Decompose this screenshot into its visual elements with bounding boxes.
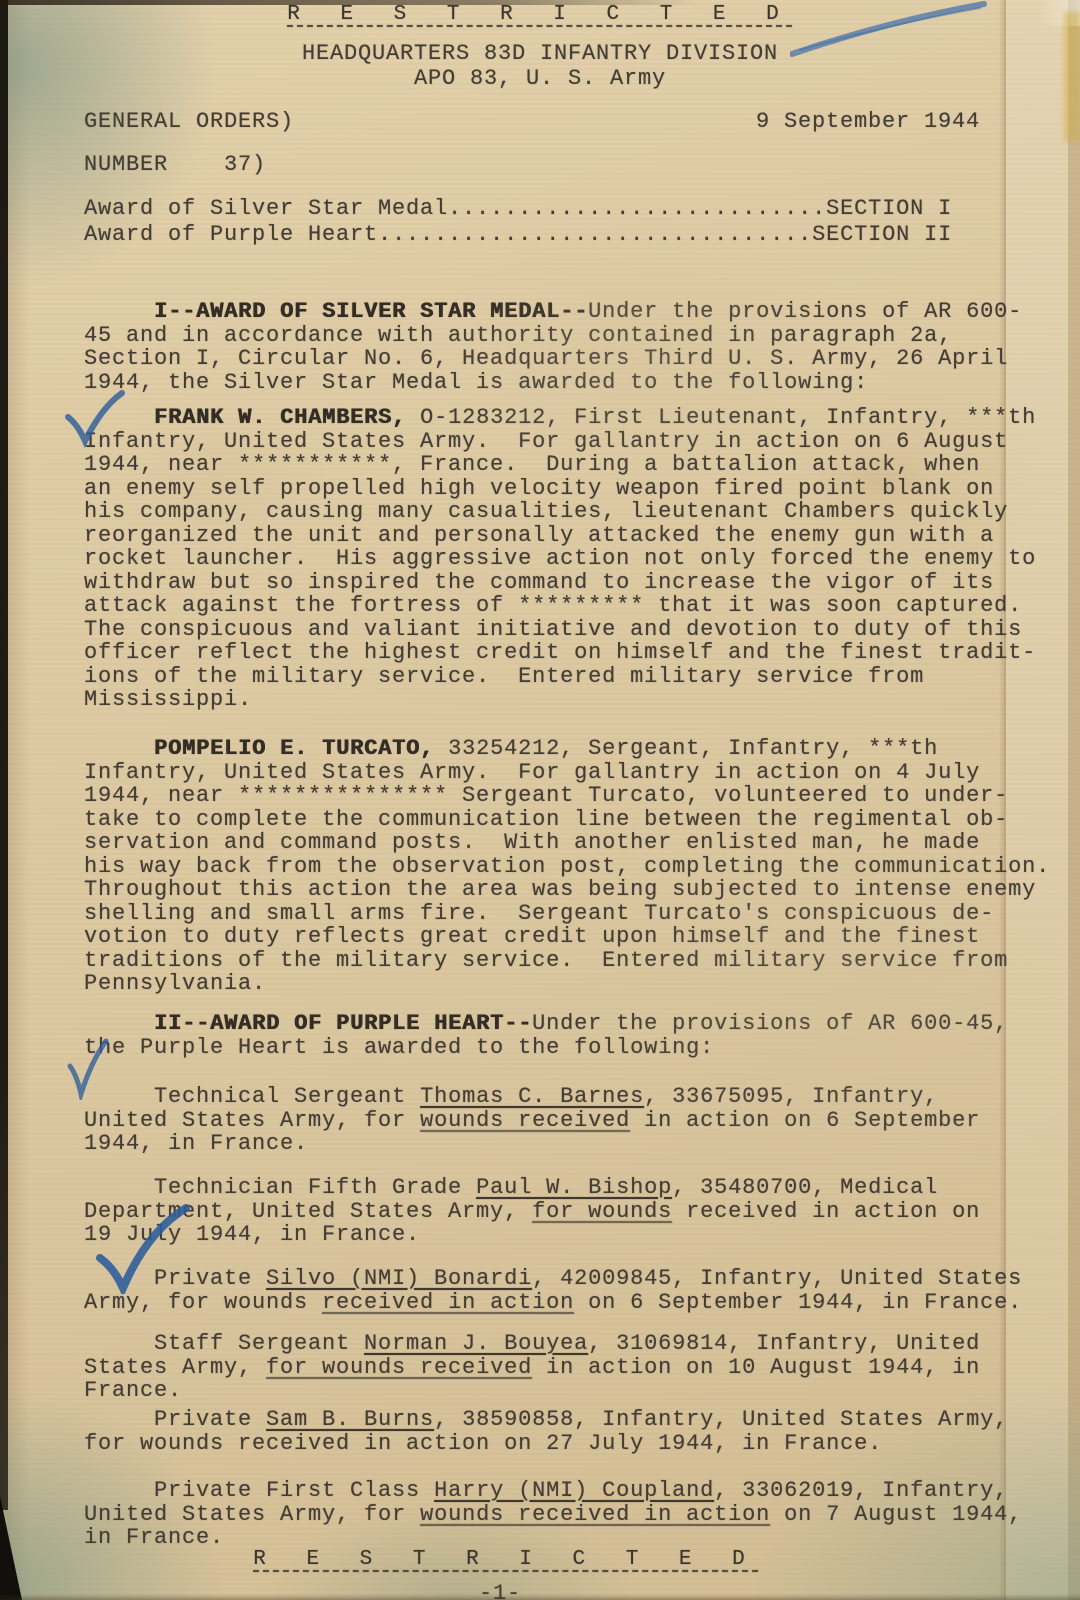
awardee-name-bonardi: Silvo (NMI) Bonardi — [266, 1266, 532, 1291]
section2-paragraph: II--AWARD OF PURPLE HEART--Under the pro… — [84, 1012, 1008, 1059]
purple-heart-entry-barnes: Technical Sergeant Thomas C. Barnes, 336… — [84, 1085, 980, 1156]
awardee-name-bouyea: Norman J. Bouyea — [364, 1331, 588, 1356]
citation-chambers-body: O-1283212, First Lieutenant, Infantry, *… — [84, 405, 1036, 712]
purple-heart-entry-coupland: Private First Class Harry (NMI) Coupland… — [84, 1479, 1022, 1550]
apo-line: APO 83, U. S. Army — [0, 67, 1080, 91]
underlined-fragment: for wounds — [532, 1199, 672, 1224]
awardee-name-burns: Sam B. Burns — [266, 1407, 434, 1432]
awardee-name-barnes: Thomas C. Barnes — [420, 1084, 644, 1109]
purple-heart-entry-bouyea: Staff Sergeant Norman J. Bouyea, 3106981… — [84, 1332, 980, 1403]
toc-purple-heart: Award of Purple Heart...................… — [84, 223, 952, 247]
citation-turcato-body: 33254212, Sergeant, Infantry, ***th Infa… — [84, 736, 1050, 996]
general-orders-label: GENERAL ORDERS) — [84, 110, 294, 134]
classification-top: R E S T R I C T E D — [0, 3, 1080, 27]
section2-heading: II--AWARD OF PURPLE HEART-- — [84, 1011, 532, 1036]
purple-heart-entry-bishop: Technician Fifth Grade Paul W. Bishop, 3… — [84, 1176, 980, 1247]
classification-bottom: R E S T R I C T E D — [0, 1548, 1012, 1572]
section1-paragraph: I--AWARD OF SILVER STAR MEDAL--Under the… — [84, 300, 1022, 394]
awardee-name-coupland: Harry (NMI) Coupland — [434, 1478, 714, 1503]
entry-text: Staff Sergeant — [84, 1331, 364, 1356]
underlined-fragment: wounds received in action — [420, 1502, 770, 1527]
purple-heart-entry-bonardi: Private Silvo (NMI) Bonardi, 42009845, I… — [84, 1267, 1022, 1314]
entry-text: Private — [84, 1407, 266, 1432]
entry-text: Private First Class — [84, 1478, 434, 1503]
entry-text: on 6 September 1944, in France. — [574, 1290, 1022, 1315]
underlined-fragment: wounds received — [420, 1108, 630, 1133]
headquarters-line: HEADQUARTERS 83D INFANTRY DIVISION — [0, 42, 1080, 66]
entry-text: Technician Fifth Grade — [84, 1175, 476, 1200]
page-number: -1- — [0, 1582, 1000, 1600]
underlined-fragment: for wounds received — [266, 1355, 532, 1380]
order-number: NUMBER 37) — [84, 153, 266, 177]
entry-text: Private — [84, 1266, 266, 1291]
awardee-name-turcato: POMPELIO E. TURCATO, — [84, 736, 434, 761]
purple-heart-entry-burns: Private Sam B. Burns, 38590858, Infantry… — [84, 1408, 1008, 1455]
document-page: R E S T R I C T E D HEADQUARTERS 83D INF… — [0, 0, 1080, 1600]
awardee-name-bishop: Paul W. Bishop — [476, 1175, 672, 1200]
citation-chambers: FRANK W. CHAMBERS, O-1283212, First Lieu… — [84, 406, 1036, 712]
awardee-name-chambers: FRANK W. CHAMBERS, — [84, 405, 406, 430]
underlined-fragment: received in action — [322, 1290, 574, 1315]
entry-text: Technical Sergeant — [84, 1084, 420, 1109]
toc-silver-star: Award of Silver Star Medal..............… — [84, 197, 952, 221]
paper-edge-left — [0, 0, 8, 1510]
order-date: 9 September 1944 — [756, 110, 980, 134]
citation-turcato: POMPELIO E. TURCATO, 33254212, Sergeant,… — [84, 737, 1050, 996]
section1-heading: I--AWARD OF SILVER STAR MEDAL-- — [84, 299, 588, 324]
